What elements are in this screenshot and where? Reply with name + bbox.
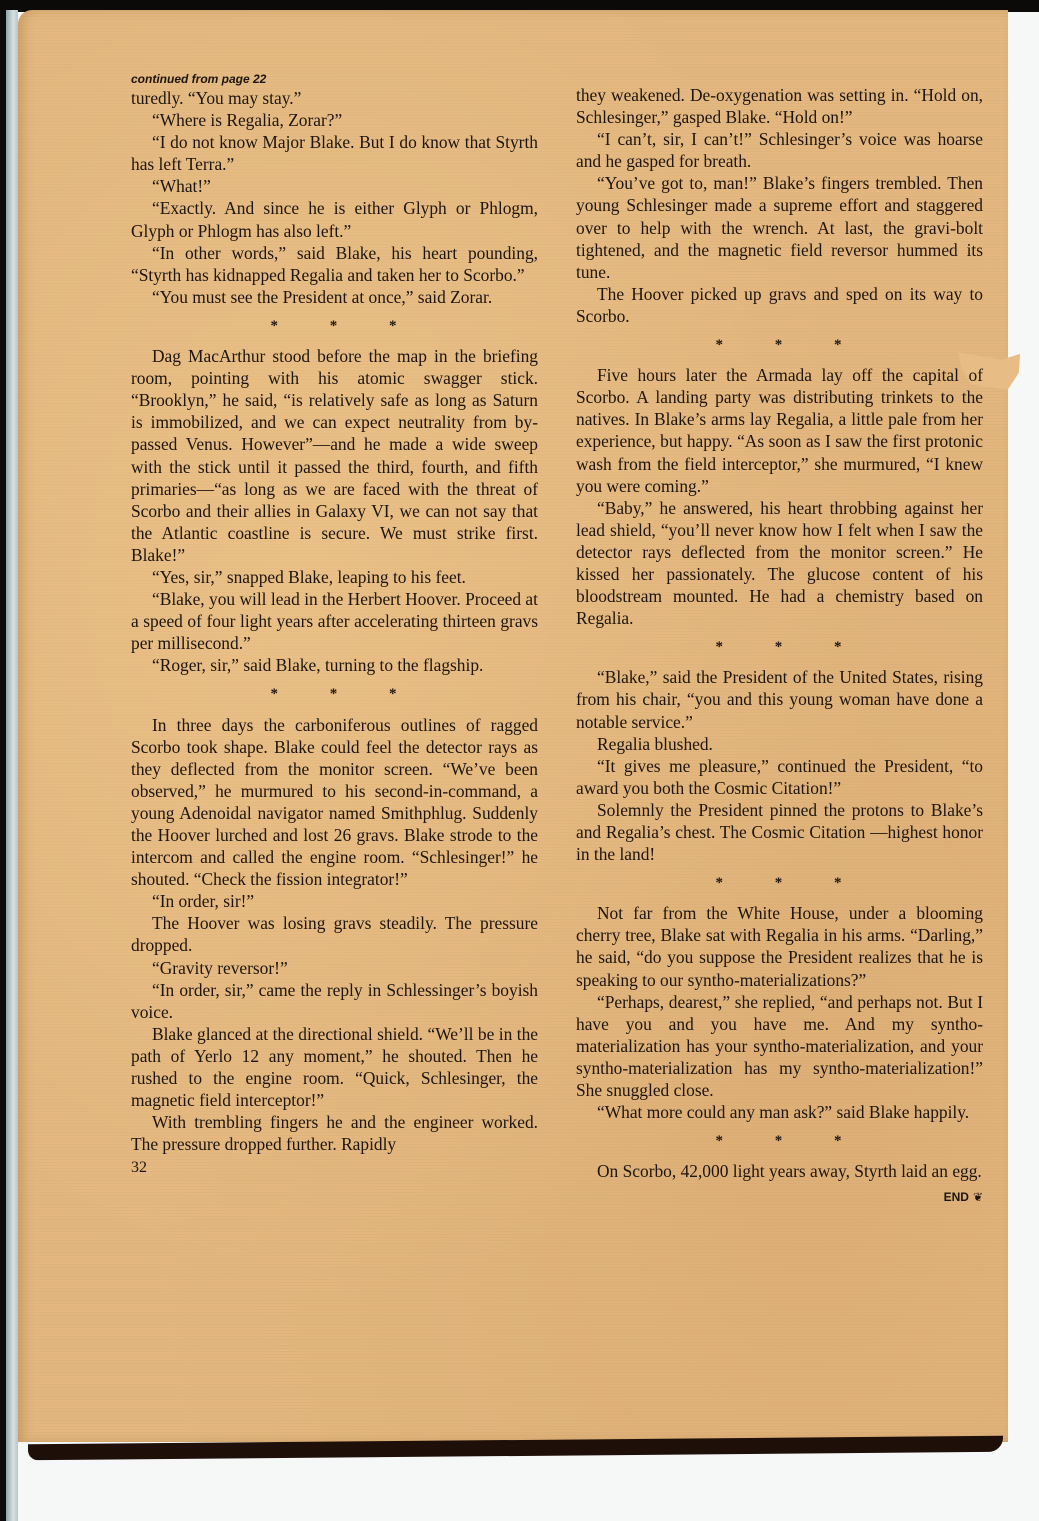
story-paragraph: they weakened. De-oxygenation was settin… xyxy=(576,84,983,128)
story-paragraph: “I do not know Major Blake. But I do kno… xyxy=(131,131,538,175)
story-paragraph: “Perhaps, dearest,” she replied, “and pe… xyxy=(576,991,983,1101)
story-paragraph: “Blake,” said the President of the Unite… xyxy=(576,666,983,732)
end-mark: END❦ xyxy=(923,1186,983,1208)
story-paragraph: “You’ve got to, man!” Blake’s fingers tr… xyxy=(576,172,983,282)
story-paragraph: “It gives me pleasure,” continued the Pr… xyxy=(576,755,983,799)
story-paragraph: Dag MacArthur stood before the map in th… xyxy=(131,345,538,566)
story-paragraph: Blake glanced at the directional shield.… xyxy=(131,1023,538,1111)
story-paragraph: “Gravity reversor!” xyxy=(131,957,538,979)
left-column: continued from page 22 turedly. “You may… xyxy=(131,72,538,1180)
story-paragraph: The Hoover picked up gravs and sped on i… xyxy=(576,283,983,327)
story-paragraph: “Yes, sir,” snapped Blake, leaping to hi… xyxy=(131,566,538,588)
story-paragraph: “In other words,” said Blake, his heart … xyxy=(131,242,538,286)
story-paragraph: Regalia blushed. xyxy=(576,733,983,755)
section-separator: * * * xyxy=(576,1130,983,1152)
story-paragraph: “Blake, you will lead in the Herbert Hoo… xyxy=(131,588,538,654)
story-paragraph: In three days the carboniferous outlines… xyxy=(131,714,538,891)
story-paragraph: On Scorbo, 42,000 light years away, Styr… xyxy=(576,1160,983,1182)
end-label: END xyxy=(944,1190,969,1204)
story-paragraph: Five hours later the Armada lay off the … xyxy=(576,364,983,497)
story-paragraph: “What!” xyxy=(131,175,538,197)
story-paragraph: turedly. “You may stay.” xyxy=(131,87,538,109)
right-column-body: they weakened. De-oxygenation was settin… xyxy=(576,84,983,1182)
publisher-emblem-icon: ❦ xyxy=(973,1190,983,1204)
story-paragraph: “In order, sir,” came the reply in Schle… xyxy=(131,979,538,1023)
section-separator: * * * xyxy=(576,872,983,894)
right-column: they weakened. De-oxygenation was settin… xyxy=(576,84,983,1209)
page-number: 32 xyxy=(131,1157,538,1179)
section-separator: * * * xyxy=(576,636,983,658)
story-paragraph: “Where is Regalia, Zorar?” xyxy=(131,109,538,131)
section-separator: * * * xyxy=(131,315,538,337)
story-paragraph: “Exactly. And since he is either Glyph o… xyxy=(131,197,538,241)
section-separator: * * * xyxy=(131,683,538,705)
continued-note: continued from page 22 xyxy=(131,72,538,86)
story-paragraph: “You must see the President at once,” sa… xyxy=(131,286,538,308)
left-column-body: turedly. “You may stay.”“Where is Regali… xyxy=(131,87,538,1155)
story-paragraph: “What more could any man ask?” said Blak… xyxy=(576,1101,983,1123)
story-paragraph: Solemnly the President pinned the proton… xyxy=(576,799,983,865)
story-paragraph: “Baby,” he answered, his heart throbbing… xyxy=(576,497,983,630)
section-separator: * * * xyxy=(576,334,983,356)
story-paragraph: “I can’t, sir, I can’t!” Schlesinger’s v… xyxy=(576,128,983,172)
story-paragraph: The Hoover was losing gravs steadily. Th… xyxy=(131,912,538,956)
scan-left-edge xyxy=(6,10,18,1521)
story-paragraph: “Roger, sir,” said Blake, turning to the… xyxy=(131,654,538,676)
story-paragraph: Not far from the White House, under a bl… xyxy=(576,902,983,990)
story-paragraph: With trembling fingers he and the engine… xyxy=(131,1111,538,1155)
story-paragraph: “In order, sir!” xyxy=(131,890,538,912)
